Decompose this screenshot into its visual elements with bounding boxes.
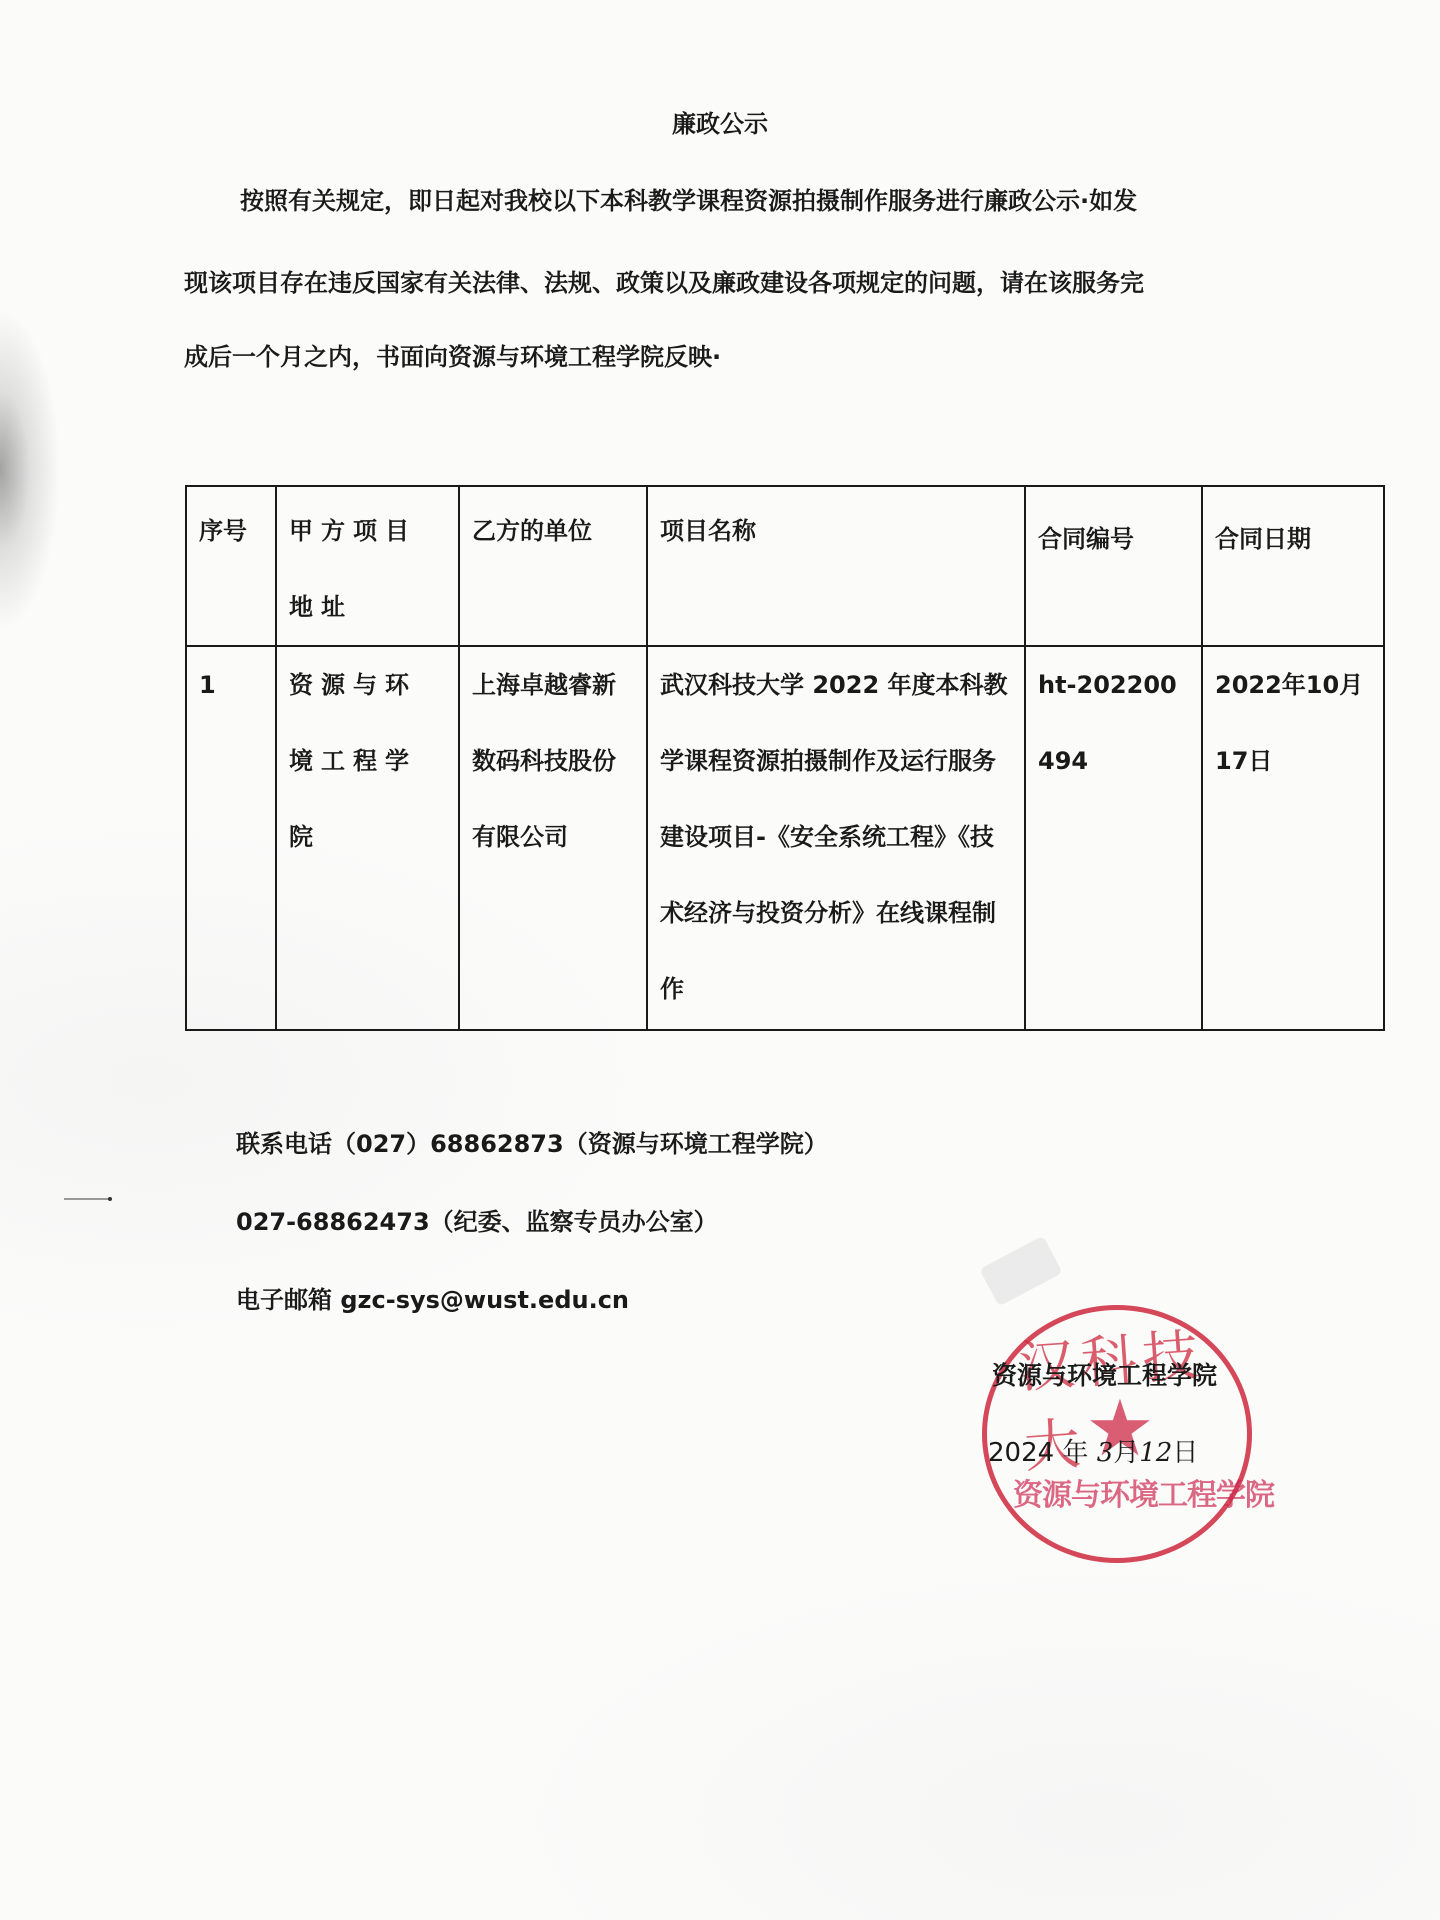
document-title: 廉政公示 bbox=[0, 104, 1440, 139]
notice-paragraph-line-2: 现该项目存在违反国家有关法律、法规、政策以及廉政建设各项规定的问题，请在该服务完 bbox=[184, 263, 1224, 298]
contact-phone-discipline-office: 027-68862473（纪委、监察专员办公室） bbox=[236, 1202, 718, 1237]
date-month-handwritten: 3 bbox=[1097, 1438, 1114, 1468]
date-day-handwritten: 12 bbox=[1139, 1438, 1172, 1468]
tape-residue bbox=[979, 1236, 1062, 1307]
signature-organization: 资源与环境工程学院 bbox=[992, 1356, 1217, 1392]
cell-project-name: 武汉科技大学 2022 年度本科教学课程资源拍摄制作及运行服务建设项目-《安全系… bbox=[647, 646, 1025, 1030]
contact-phone-college: 联系电话（027）68862873（资源与环境工程学院） bbox=[236, 1124, 828, 1159]
header-contract-date: 合同日期 bbox=[1202, 486, 1384, 646]
document-page: 廉政公示 按照有关规定，即日起对我校以下本科教学课程资源拍摄制作服务进行廉政公示… bbox=[0, 0, 1440, 1920]
contact-email: 电子邮箱 gzc-sys@wust.edu.cn bbox=[236, 1280, 629, 1315]
cell-contract-date: 2022年10月17日 bbox=[1202, 646, 1384, 1030]
cell-party-b-unit: 上海卓越睿新数码科技股份有限公司 bbox=[459, 646, 647, 1030]
header-party-a-address: 甲方项目地址 bbox=[276, 486, 459, 646]
table-header-row: 序号 甲方项目地址 乙方的单位 项目名称 合同编号 合同日期 bbox=[186, 486, 1384, 646]
notice-paragraph-line-3: 成后一个月之内，书面向资源与环境工程学院反映· bbox=[184, 337, 1224, 372]
notice-paragraph-line-1: 按照有关规定，即日起对我校以下本科教学课程资源拍摄制作服务进行廉政公示·如发 bbox=[240, 181, 1280, 216]
date-year: 2024 bbox=[988, 1438, 1054, 1468]
date-month-unit: 月 bbox=[1113, 1438, 1139, 1468]
header-project-name: 项目名称 bbox=[647, 486, 1025, 646]
header-index: 序号 bbox=[186, 486, 276, 646]
date-day-unit: 日 bbox=[1172, 1438, 1198, 1468]
cell-contract-no: ht-202200494 bbox=[1025, 646, 1202, 1030]
scan-mark bbox=[64, 1198, 110, 1200]
contract-table: 序号 甲方项目地址 乙方的单位 项目名称 合同编号 合同日期 1 资源与环境工程… bbox=[185, 485, 1385, 1031]
header-contract-no: 合同编号 bbox=[1025, 486, 1202, 646]
seal-bottom-text: 资源与环境工程学院 bbox=[1013, 1470, 1274, 1514]
signature-date: 2024 年 3月12日 bbox=[988, 1432, 1198, 1469]
table-row: 1 资源与环境工程学院 上海卓越睿新数码科技股份有限公司 武汉科技大学 2022… bbox=[186, 646, 1384, 1030]
date-year-unit: 年 bbox=[1054, 1438, 1097, 1468]
cell-party-a-address: 资源与环境工程学院 bbox=[276, 646, 459, 1030]
scan-dot bbox=[108, 1197, 112, 1201]
cell-index: 1 bbox=[186, 646, 276, 1030]
header-party-b-unit: 乙方的单位 bbox=[459, 486, 647, 646]
